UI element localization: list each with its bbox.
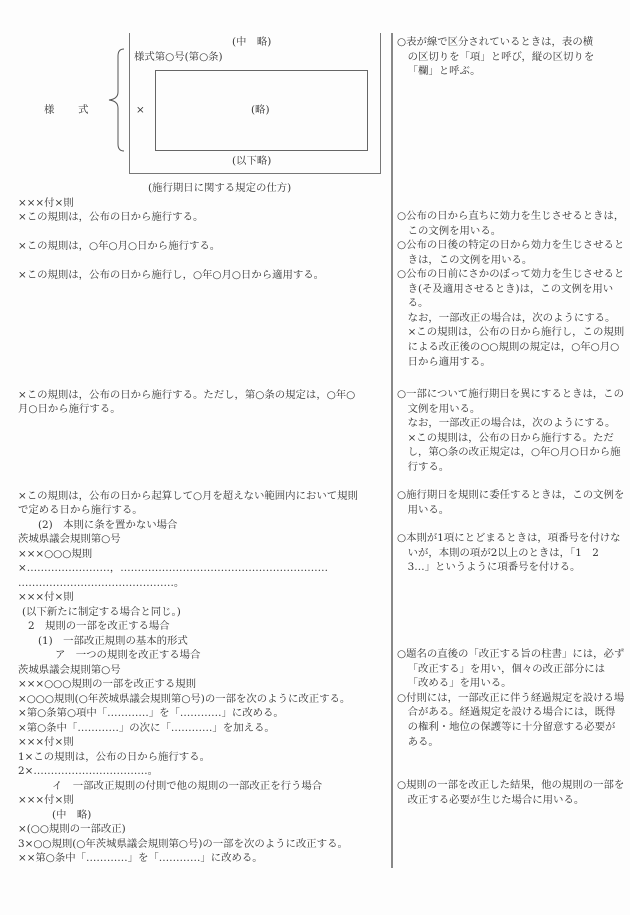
text-line: (2) 本則に条を置かない場合: [38, 518, 177, 533]
note-item: ○施行期日を規則に委任するときは，この文例を用いる。: [397, 488, 625, 517]
text-line: ×○○○規則(○年茨城県議会規則第○号)の一部を次のように改正する。: [18, 692, 350, 707]
text-line: 茨城県議会規則第○号: [18, 532, 121, 547]
note-item: ○一部について施行期日を異にするときは，この文例を用いる。: [397, 387, 625, 416]
note-sub: なお，一部改正の場合は，次のようにする。: [397, 311, 625, 326]
note-block: ○題名の直後の「改正する旨の柱書」には，必ず「改正する」を用い，個々の改正部分に…: [397, 647, 625, 749]
form-cross: ×: [136, 103, 145, 118]
text-line: ×××付×則: [18, 196, 74, 211]
note-block: ○施行期日を規則に委任するときは，この文例を用いる。: [397, 488, 625, 517]
text-line: ×この規則は，公布の日から起算して○月を超えない範囲内において規則: [18, 489, 358, 504]
note-block: ○公布の日後の特定の日から効力を生じさせるときは，この文例を用いる。: [397, 238, 625, 267]
text-line: ×第○条第○項中「…………」を「…………」に改める。: [18, 706, 284, 721]
text-line: ×この規則は，公布の日から施行する。: [18, 210, 203, 225]
text-line: ………………………………………。: [18, 576, 184, 591]
note-item: ○本則が1項にとどまるときは，項番号を付けないが，本則の項が2以上のときは，「1…: [397, 531, 625, 575]
text-line: 2 規則の一部を改正する場合: [28, 619, 170, 634]
omitted-middle: (中 略): [232, 35, 271, 50]
note-block: ○規則の一部を改正した結果，他の規則の一部を改正する必要が生じた場合に用いる。: [397, 778, 625, 807]
brace-icon: [104, 48, 126, 152]
text-line: (中 略): [52, 808, 91, 823]
form-number: 様式第○号(第○条): [134, 50, 223, 65]
note-item: ○付則には，一部改正に伴う経過規定を設ける場合がある。経過規定を設ける場合には，…: [397, 691, 625, 749]
text-line: ×××付×則: [18, 590, 74, 605]
text-line: 1×この規則は，公布の日から施行する。: [18, 750, 210, 765]
note-item: ○公布の日前にさかのぼって効力を生じさせるとき(そ及適用させるとき)は，この文例…: [397, 267, 625, 311]
text-line: 2×……………………………。: [18, 764, 158, 779]
note-item: ○規則の一部を改正した結果，他の規則の一部を改正する必要が生じた場合に用いる。: [397, 778, 625, 807]
text-line: イ 一部改正規則の付則で他の規則の一部改正を行う場合: [52, 779, 322, 794]
note-sub: ×この規則は，公布の日から施行し，この規則による改正後の○○規則の規定は，○年○…: [397, 325, 625, 369]
text-line: (以下新たに制定する場合と同じ。): [22, 605, 181, 620]
text-line: 月○日から施行する。: [18, 402, 121, 417]
text-line: ×××付×則: [18, 793, 74, 808]
text-line: ×この規則は，○年○月○日から施行する。: [18, 239, 220, 254]
text-line: ×第○条中「…………」の次に「…………」を加える。: [18, 721, 275, 736]
text-line: ×この規則は，公布の日から施行し，○年○月○日から適用する。: [18, 268, 324, 283]
omitted-rest: (以下略): [232, 154, 271, 169]
note-item: ○公布の日後の特定の日から効力を生じさせるときは，この文例を用いる。: [397, 238, 625, 267]
column-divider: [391, 33, 393, 868]
form-label: 様 式: [44, 103, 90, 118]
text-line: ×××付×則: [18, 735, 74, 750]
text-line: ア 一つの規則を改正する場合: [55, 648, 200, 663]
text-line: 3×○○規則(○年茨城県議会規則第○号)の一部を次のように改正する。: [18, 837, 348, 852]
text-line: ×××○○○規則: [18, 547, 92, 562]
note-sub: ×この規則は，公布の日から施行する。ただし，第○条の改正規定は，○年○月○日から…: [397, 431, 625, 475]
note-block: ○一部について施行期日を異にするときは，この文例を用いる。なお，一部改正の場合は…: [397, 387, 625, 475]
note-item: ○公布の日から直ちに効力を生じさせるときは，この文例を用いる。: [397, 209, 625, 238]
text-line: ×この規則は，公布の日から施行する。ただし，第○条の規定は，○年○: [18, 388, 355, 403]
text-line: で定める日から施行する。: [18, 503, 143, 518]
note-sub: なお，一部改正の場合は，次のようにする。: [397, 416, 625, 431]
section-heading: (施行期日に関する規定の仕方): [148, 181, 291, 196]
text-line: ×(○○規則の一部改正): [18, 822, 126, 837]
text-line: ×××○○○規則の一部を改正する規則: [18, 677, 196, 692]
omitted-body: (略): [251, 103, 270, 118]
note-item: ○題名の直後の「改正する旨の柱書」には，必ず「改正する」を用い，個々の改正部分に…: [397, 647, 625, 691]
table-note: ○表が線で区分されているときは，表の横 の区切りを「項」と呼び，縦の区切りを 「…: [397, 35, 625, 79]
note-block: ○本則が1項にとどまるときは，項番号を付けないが，本則の項が2以上のときは，「1…: [397, 531, 625, 575]
text-line: ××第○条中「…………」を「…………」に改める。: [18, 851, 263, 866]
text-line: ×……………………，……………………………………………………: [18, 561, 328, 576]
text-line: (1) 一部改正規則の基本的形式: [38, 634, 188, 649]
note-block: ○公布の日から直ちに効力を生じさせるときは，この文例を用いる。: [397, 209, 625, 238]
text-line: 茨城県議会規則第○号: [18, 663, 121, 678]
note-block: ○公布の日前にさかのぼって効力を生じさせるとき(そ及適用させるとき)は，この文例…: [397, 267, 625, 369]
